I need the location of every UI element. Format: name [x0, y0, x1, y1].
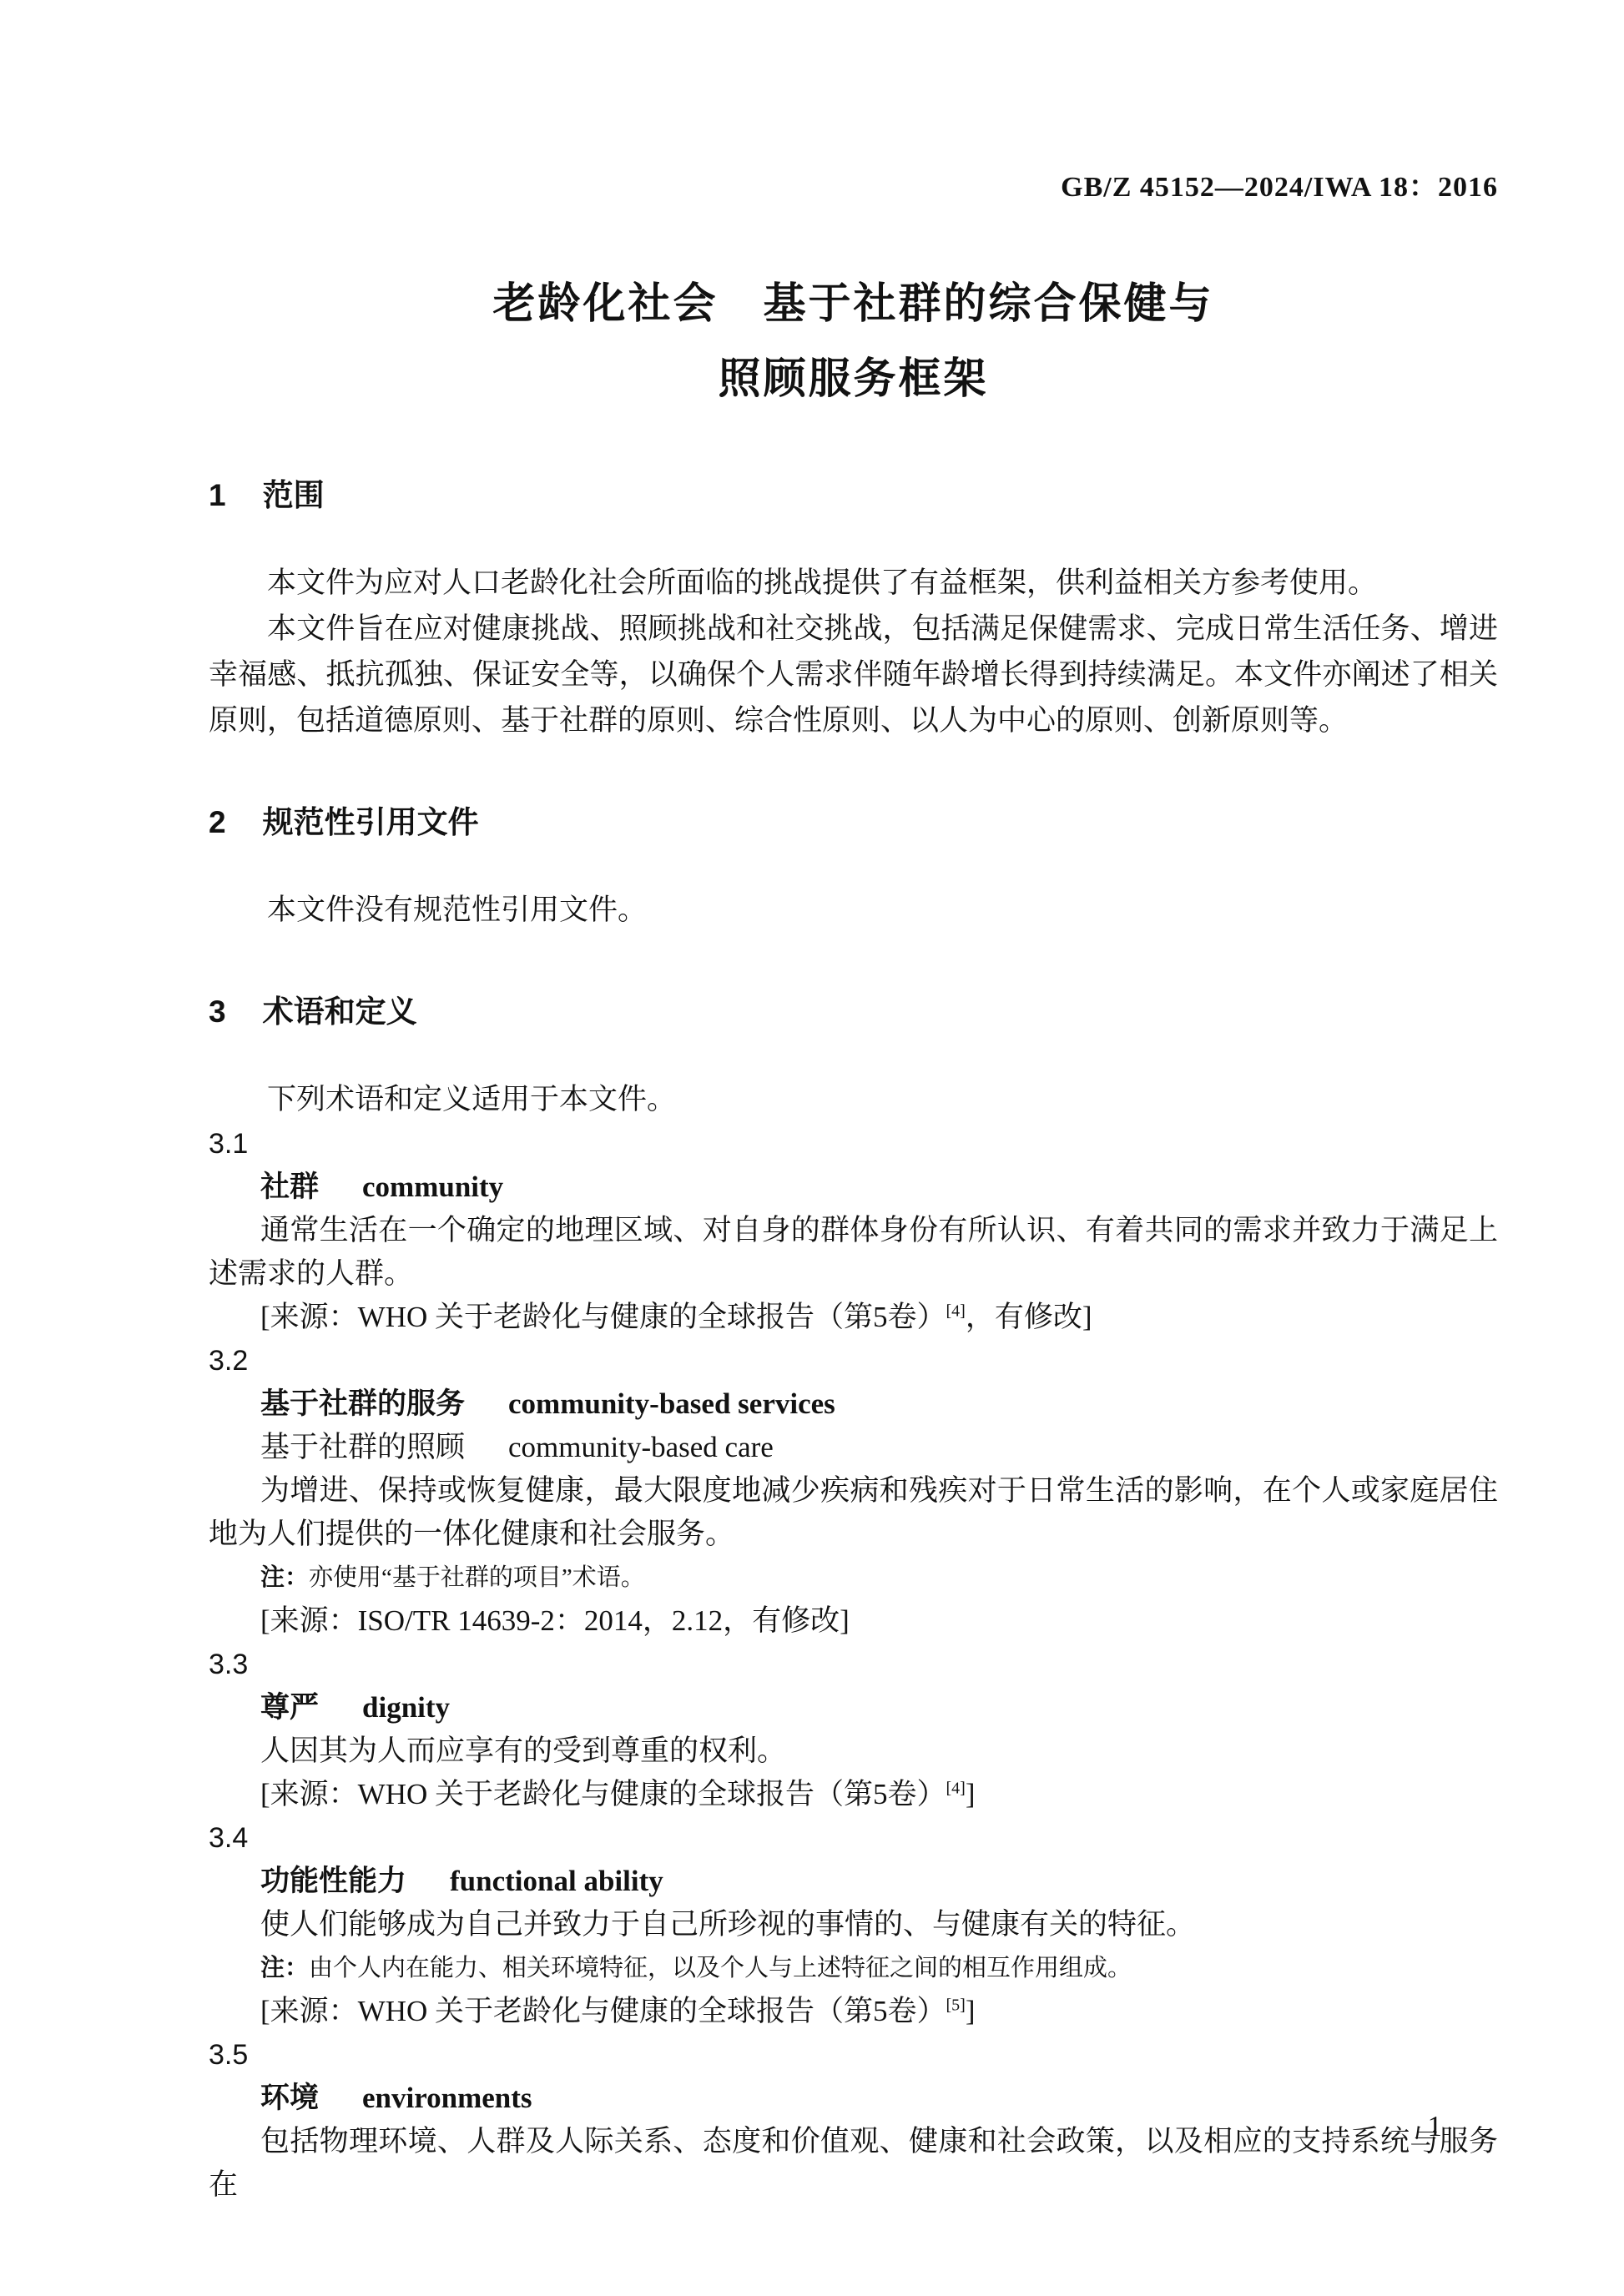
- term-title-zh: 功能性能力: [260, 1865, 406, 1897]
- term-definition: 通常生活在一个确定的地理区域、对自身的群体身份有所认识、有着共同的需求并致力于满…: [209, 1209, 1498, 1296]
- term-title-en: community-based services: [508, 1387, 835, 1420]
- term-admitted-title-zh: 基于社群的照顾: [260, 1431, 465, 1463]
- term-note-text: 亦使用“基于社群的项目”术语。: [309, 1564, 645, 1591]
- term-source-reference-superscript: [5]: [946, 1996, 966, 2014]
- term-3-1: 3.1 社群community 通常生活在一个确定的地理区域、对自身的群体身份有…: [209, 1122, 1498, 1339]
- term-source: [来源：ISO/TR 14639-2：2014，2.12，有修改]: [209, 1599, 1498, 1643]
- term-title-zh: 基于社群的服务: [260, 1387, 465, 1420]
- term-title: 环境environments: [209, 2077, 1498, 2120]
- term-title-zh: 环境: [260, 2082, 319, 2114]
- term-number: 3.3: [209, 1643, 1498, 1686]
- term-number: 3.1: [209, 1122, 1498, 1166]
- document-page: GB/Z 45152—2024/IWA 18：2016 老龄化社会 基于社群的综…: [0, 0, 1624, 2296]
- term-source-reference-superscript: [4]: [946, 1302, 966, 1320]
- term-source-text: [来源：ISO/TR 14639-2：2014，2.12，有修改]: [260, 1604, 850, 1637]
- term-title-en: functional ability: [450, 1865, 663, 1897]
- section-1-paragraph-1: 本文件为应对人口老龄化社会所面临的挑战提供了有益框架，供利益相关方参考使用。: [209, 560, 1498, 606]
- term-admitted-title: 基于社群的照顾community-based care: [209, 1426, 1498, 1469]
- section-1-heading: 1范围: [209, 473, 1498, 518]
- term-source-text: [来源：WHO 关于老龄化与健康的全球报告（第5卷）: [260, 1995, 946, 2027]
- term-admitted-title-en: community-based care: [508, 1431, 774, 1463]
- section-1-title: 范围: [263, 478, 325, 512]
- term-source-reference-superscript: [4]: [946, 1779, 966, 1797]
- term-source: [来源：WHO 关于老龄化与健康的全球报告（第5卷）[5]]: [209, 1990, 1498, 2033]
- section-1-paragraph-2: 本文件旨在应对健康挑战、照顾挑战和社交挑战，包括满足保健需求、完成日常生活任务、…: [209, 606, 1498, 743]
- document-title: 老龄化社会 基于社群的综合保健与 照顾服务框架: [209, 266, 1498, 416]
- term-note: 注：亦使用“基于社群的项目”术语。: [209, 1556, 1498, 1599]
- term-number: 3.2: [209, 1339, 1498, 1382]
- term-note: 注：由个人内在能力、相关环境特征，以及个人与上述特征之间的相互作用组成。: [209, 1946, 1498, 1990]
- term-note-label: 注：: [260, 1955, 309, 1981]
- standard-code: GB/Z 45152—2024/IWA 18：2016: [209, 171, 1498, 204]
- term-title: 尊严dignity: [209, 1686, 1498, 1730]
- term-3-3: 3.3 尊严dignity 人因其为人而应享有的受到尊重的权利。 [来源：WHO…: [209, 1643, 1498, 1816]
- term-title-zh: 尊严: [260, 1691, 319, 1724]
- term-source-text: [来源：WHO 关于老龄化与健康的全球报告（第5卷）: [260, 1301, 946, 1333]
- term-definition: 使人们能够成为自己并致力于自己所珍视的事情的、与健康有关的特征。: [209, 1903, 1498, 1946]
- term-source-text: [来源：WHO 关于老龄化与健康的全球报告（第5卷）: [260, 1778, 946, 1810]
- term-number: 3.4: [209, 1816, 1498, 1860]
- term-source: [来源：WHO 关于老龄化与健康的全球报告（第5卷）[4]，有修改]: [209, 1296, 1498, 1339]
- term-source-suffix: ，有修改]: [966, 1301, 1092, 1333]
- section-2-heading: 2规范性引用文件: [209, 800, 1498, 845]
- section-3-title: 术语和定义: [263, 994, 417, 1029]
- term-3-4: 3.4 功能性能力functional ability 使人们能够成为自己并致力…: [209, 1816, 1498, 2033]
- section-1-number: 1: [209, 478, 226, 512]
- term-title-en: dignity: [362, 1691, 450, 1724]
- term-definition: 为增进、保持或恢复健康，最大限度地减少疾病和残疾对于日常生活的影响，在个人或家庭…: [209, 1469, 1498, 1556]
- term-source-suffix: ]: [966, 1778, 976, 1810]
- term-source: [来源：WHO 关于老龄化与健康的全球报告（第5卷）[4]]: [209, 1773, 1498, 1816]
- term-definition: 人因其为人而应享有的受到尊重的权利。: [209, 1730, 1498, 1773]
- section-3-intro: 下列术语和定义适用于本文件。: [209, 1076, 1498, 1122]
- term-source-suffix: ]: [966, 1995, 976, 2027]
- term-title: 功能性能力functional ability: [209, 1860, 1498, 1903]
- page-number: 1: [1428, 2109, 1443, 2144]
- document-title-line1: 老龄化社会 基于社群的综合保健与: [209, 266, 1498, 341]
- term-number: 3.5: [209, 2033, 1498, 2077]
- term-title: 基于社群的服务community-based services: [209, 1382, 1498, 1426]
- term-note-text: 由个人内在能力、相关环境特征，以及个人与上述特征之间的相互作用组成。: [309, 1955, 1132, 1981]
- term-definition: 包括物理环境、人群及人际关系、态度和价值观、健康和社会政策，以及相应的支持系统与…: [209, 2120, 1498, 2207]
- section-2-number: 2: [209, 805, 226, 839]
- document-title-line2: 照顾服务框架: [209, 341, 1498, 416]
- section-2-paragraph-1: 本文件没有规范性引用文件。: [209, 887, 1498, 933]
- section-3-number: 3: [209, 994, 226, 1029]
- term-title-zh: 社群: [260, 1171, 319, 1203]
- term-title-en: environments: [362, 2082, 532, 2114]
- term-title: 社群community: [209, 1166, 1498, 1209]
- term-note-label: 注：: [260, 1564, 309, 1591]
- section-3-heading: 3术语和定义: [209, 989, 1498, 1035]
- term-title-en: community: [362, 1171, 503, 1203]
- section-2-title: 规范性引用文件: [263, 805, 479, 839]
- term-3-2: 3.2 基于社群的服务community-based services 基于社群…: [209, 1339, 1498, 1643]
- term-3-5: 3.5 环境environments 包括物理环境、人群及人际关系、态度和价值观…: [209, 2033, 1498, 2207]
